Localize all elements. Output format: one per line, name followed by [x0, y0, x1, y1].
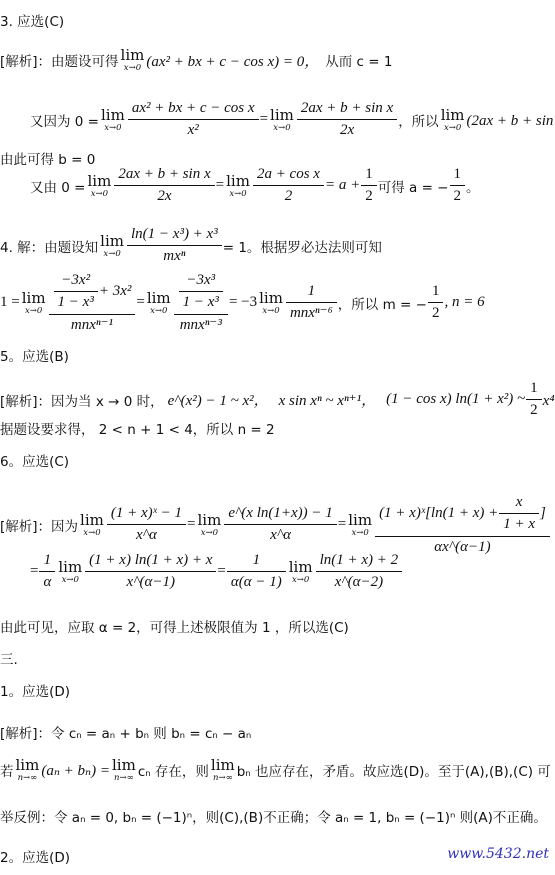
lim-word: lim	[289, 560, 313, 575]
limit-n-inf: limn→∞	[16, 758, 40, 783]
denominator: α(α − 1)	[227, 571, 286, 591]
limit-x0: limx→0	[22, 291, 46, 316]
s3-q1-heading-text: 1。应选(D)	[0, 680, 70, 700]
inner-fraction: −3x²1 − x³	[56, 272, 96, 312]
denominator: 1 + x	[499, 513, 539, 533]
lim-sub: x→0	[91, 190, 108, 199]
text: (aₙ + bₙ) =	[41, 761, 110, 780]
q4-suffix: = 1。根据罗必达法则可知	[223, 236, 382, 256]
q4-result-suffix: , n = 6	[444, 294, 484, 311]
q3-analysis-line2: 又因为 0 = limx→0 ax² + bx + c − cos xx² = …	[30, 100, 555, 140]
q5-l1-prefix: [解析]：因为当 x → 0 时，	[0, 390, 164, 410]
q6-l1-prefix: [解析]：因为	[0, 515, 78, 535]
numerator: 2a + cos x	[255, 166, 322, 185]
q3-l2-expr: (2ax + b + sin x) = 0，	[467, 109, 555, 130]
lim-sub: n→∞	[18, 774, 38, 783]
s3-q2-heading: 2。应选(D)	[0, 846, 70, 866]
s3-q1-line2: 若 limn→∞ (aₙ + bₙ) = limn→∞ cₙ 存在，则 limn…	[0, 758, 551, 783]
limit-x0: limx→0	[270, 108, 294, 133]
text: bₙ 也应存在，矛盾。故应选(D)。至于(A),(B),(C) 可	[237, 760, 551, 780]
denominator: 1 − x³	[179, 291, 223, 311]
numerator: x	[514, 494, 525, 513]
lim-sub: n→∞	[213, 774, 233, 783]
q3-l3-text: 由此可得 b = 0	[0, 148, 95, 168]
limit-x0: limx→0	[289, 560, 313, 585]
lim-sub: x→0	[25, 307, 42, 316]
numerator: ln(1 + x) + 2	[318, 552, 401, 571]
numerator: (1 + x) ln(1 + x) + x	[87, 552, 214, 571]
fraction: 1α	[41, 552, 53, 592]
lim-sub: x→0	[104, 124, 121, 133]
section3-heading: 三.	[0, 648, 18, 668]
q4-result-prefix: ，所以 m = −	[338, 293, 427, 313]
q3-heading: 3. 应选(C)	[0, 10, 64, 30]
fraction: ax² + bx + c − cos xx²	[130, 100, 257, 140]
q5-e4: x⁴。根	[543, 389, 555, 410]
limit-x0: limx→0	[348, 513, 372, 538]
lim-word: lim	[87, 174, 111, 189]
q5-e3: (1 − cos x) ln(1 + x²) ~	[386, 391, 525, 408]
denominator: 1 − x³	[54, 291, 98, 311]
denominator: 2x	[297, 119, 397, 139]
denominator: mnxⁿ⁻³	[174, 314, 228, 334]
q5-heading-text: 5。应选(B)	[0, 345, 69, 365]
denominator: x^α	[107, 524, 186, 544]
fraction: 2ax + b + sin x2x	[116, 166, 212, 206]
denominator: mnxⁿ⁻⁶	[286, 302, 337, 322]
compound-fraction: −3x³1 − x³ mnxⁿ⁻³	[176, 272, 226, 334]
denominator: mnxⁿ⁻¹	[49, 314, 136, 334]
lim-word: lim	[147, 291, 171, 306]
q3-analysis-line3: 由此可得 b = 0	[0, 148, 95, 168]
lim-word: lim	[16, 758, 40, 773]
lim-word: lim	[80, 513, 104, 528]
q4-eq3: = −3	[229, 294, 257, 311]
compound-fraction: (1 + x)ˣ[ln(1 + x) + x1 + x ] αx^(α−1)	[377, 494, 548, 556]
lim-sub: x→0	[124, 64, 141, 73]
numerator: (1 + x)ˣ[ln(1 + x) + x1 + x ]	[377, 494, 548, 536]
s3-q1-line3: 举反例：令 aₙ = 0, bₙ = (−1)ⁿ，则(C),(B)不正确；令 a…	[0, 806, 547, 826]
lim-word: lim	[259, 291, 283, 306]
numerator: ax² + bx + c − cos x	[130, 100, 257, 119]
compound-fraction: −3x²1 − x³ + 3x² mnxⁿ⁻¹	[51, 272, 134, 334]
lim-word: lim	[197, 513, 221, 528]
q6-heading: 6。应选(C)	[0, 450, 69, 470]
inner-fraction: x1 + x	[501, 494, 537, 534]
q3-l4-mid: 可得 a = −	[378, 176, 449, 196]
limit-x0: limx→0	[100, 234, 124, 259]
lim-word: lim	[226, 174, 250, 189]
lim-sub: x→0	[83, 529, 100, 538]
lim-word: lim	[58, 560, 82, 575]
lim-word: lim	[22, 291, 46, 306]
limit-x0: limx→0	[259, 291, 283, 316]
lim-word: lim	[211, 758, 235, 773]
lim-sub: x→0	[262, 307, 279, 316]
lim-word: lim	[101, 108, 125, 123]
limit-x0: limx→0	[441, 108, 465, 133]
denominator: 2	[361, 185, 377, 205]
lim-sub: x→0	[150, 307, 167, 316]
q6-line1: [解析]：因为 limx→0 (1 + x)ˣ − 1x^α = limx→0 …	[0, 494, 551, 556]
numerator: e^(x ln(1+x)) − 1	[226, 505, 334, 524]
section3-heading-text: 三.	[0, 648, 18, 668]
lim-sub: x→0	[444, 124, 461, 133]
addend: + 3x²	[99, 283, 132, 300]
denominator: α	[39, 571, 55, 591]
s3-q1-l1-text: [解析]：令 cₙ = aₙ + bₙ 则 bₙ = cₙ − aₙ	[0, 722, 251, 742]
q3-l4-eq: = a +	[325, 177, 360, 194]
equals: =	[30, 563, 38, 580]
text: 若	[0, 760, 14, 780]
q5-line2: 据题设要求得， 2 < n + 1 < 4，所以 n = 2	[0, 418, 275, 438]
q6-heading-text: 6。应选(C)	[0, 450, 69, 470]
denominator: x^(α−1)	[85, 571, 216, 591]
lim-sub: n→∞	[114, 774, 134, 783]
q3-l4-prefix: 又由 0 =	[30, 176, 85, 196]
lim-sub: x→0	[103, 250, 120, 259]
numerator: 1	[528, 380, 540, 399]
lim-sub: x→0	[201, 529, 218, 538]
q5-e2: x sin xⁿ ~ xⁿ⁺¹，	[279, 389, 376, 410]
denominator: 2	[428, 302, 444, 322]
numerator: (1 + x)ˣ − 1	[109, 505, 184, 524]
limit-x0: limx→0	[58, 560, 82, 585]
denominator: 2x	[114, 185, 214, 205]
fraction: 2a + cos x2	[255, 166, 322, 206]
q3-heading-text: 3. 应选(C)	[0, 10, 64, 30]
q4-prefix: 4. 解：由题设知	[0, 236, 98, 256]
q5-heading: 5。应选(B)	[0, 345, 69, 365]
numerator: −3x²	[59, 272, 92, 291]
numerator-part-b: ]	[540, 505, 546, 522]
numerator: −3x³1 − x³	[176, 272, 226, 314]
lim-word: lim	[348, 513, 372, 528]
s3-q1-line1: [解析]：令 cₙ = aₙ + bₙ 则 bₙ = cₙ − aₙ	[0, 722, 251, 742]
fraction-half: 12	[452, 166, 464, 206]
fraction: e^(x ln(1+x)) − 1x^α	[226, 505, 334, 545]
limit-n-inf: limn→∞	[211, 758, 235, 783]
denominator: x²	[128, 119, 259, 139]
numerator: 1	[42, 552, 54, 571]
fraction: ln(1 + x) + 2x^(α−2)	[318, 552, 401, 592]
lim-sub: x→0	[62, 576, 79, 585]
numerator: 2ax + b + sin x	[299, 100, 395, 119]
q3-analysis-line4: 又由 0 = limx→0 2ax + b + sin x2x = limx→0…	[30, 166, 480, 206]
lim-sub: x→0	[292, 576, 309, 585]
q6-conclusion-text: 由此可见，应取 α = 2，可得上述极限值为 1 ，所以选(C)	[0, 616, 349, 636]
limit-x0: limx→0	[121, 48, 145, 73]
numerator: 1	[306, 283, 318, 302]
lim-sub: x→0	[229, 190, 246, 199]
fraction: ln(1 − x³) + x³mxⁿ	[129, 226, 220, 266]
lim-word: lim	[112, 758, 136, 773]
numerator: 1	[430, 283, 442, 302]
q5-l2-text: 据题设要求得， 2 < n + 1 < 4，所以 n = 2	[0, 418, 275, 438]
s3-q2-heading-text: 2。应选(D)	[0, 846, 70, 866]
fraction-half: 12	[528, 380, 540, 420]
period: 。	[466, 176, 480, 196]
q5-line1: [解析]：因为当 x → 0 时， e^(x²) − 1 ~ x²， x sin…	[0, 380, 555, 420]
fraction-half: 12	[430, 283, 442, 323]
numerator: −3x²1 − x³ + 3x²	[51, 272, 134, 314]
q5-e1: e^(x²) − 1 ~ x²，	[168, 389, 269, 410]
q4-line2: 1 = limx→0 −3x²1 − x³ + 3x² mnxⁿ⁻¹ = lim…	[0, 272, 485, 334]
inner-fraction: −3x³1 − x³	[181, 272, 221, 312]
numerator: 1	[363, 166, 375, 185]
q3-l1-expr: (ax² + bx + c − cos x) = 0，	[146, 50, 319, 71]
limit-x0: limx→0	[147, 291, 171, 316]
numerator-part-a: (1 + x)ˣ[ln(1 + x) +	[379, 505, 498, 522]
limit-x0: limx→0	[226, 174, 250, 199]
numerator: 1	[452, 166, 464, 185]
fraction: (1 + x) ln(1 + x) + xx^(α−1)	[87, 552, 214, 592]
fraction-half: 12	[363, 166, 375, 206]
lim-word: lim	[100, 234, 124, 249]
limit-x0: limx→0	[197, 513, 221, 538]
limit-x0: limx→0	[101, 108, 125, 133]
fraction: 1α(α − 1)	[229, 552, 284, 592]
numerator: 1	[251, 552, 263, 571]
limit-n-inf: limn→∞	[112, 758, 136, 783]
limit-x0: limx→0	[80, 513, 104, 538]
q3-l2-mid: ，所以	[398, 110, 439, 130]
lim-sub: x→0	[273, 124, 290, 133]
denominator: mxⁿ	[127, 245, 222, 265]
fraction: 2ax + b + sin x2x	[299, 100, 395, 140]
denominator: x^(α−2)	[316, 571, 403, 591]
numerator: −3x³	[184, 272, 217, 291]
q6-conclusion: 由此可见，应取 α = 2，可得上述极限值为 1 ，所以选(C)	[0, 616, 349, 636]
lim-word: lim	[441, 108, 465, 123]
s3-q1-heading: 1。应选(D)	[0, 680, 70, 700]
denominator: 2	[450, 185, 466, 205]
numerator: 2ax + b + sin x	[116, 166, 212, 185]
q3-l1-prefix: [解析]：由题设可得	[0, 50, 119, 70]
q4-eq-lead: 1 =	[0, 294, 20, 311]
q6-line2: = 1α limx→0 (1 + x) ln(1 + x) + xx^(α−1)…	[30, 552, 403, 592]
fraction: 1mnxⁿ⁻⁶	[288, 283, 335, 323]
fraction: (1 + x)ˣ − 1x^α	[109, 505, 184, 545]
lim-word: lim	[121, 48, 145, 63]
s3-q1-l3-text: 举反例：令 aₙ = 0, bₙ = (−1)ⁿ，则(C),(B)不正确；令 a…	[0, 806, 547, 826]
lim-word: lim	[270, 108, 294, 123]
q3-l2-prefix: 又因为 0 =	[30, 110, 99, 130]
denominator: x^α	[224, 524, 336, 544]
watermark: www.5432.net	[447, 846, 549, 862]
text: cₙ 存在，则	[138, 760, 209, 780]
lim-sub: x→0	[351, 529, 368, 538]
numerator: ln(1 − x³) + x³	[129, 226, 220, 245]
q4-line1: 4. 解：由题设知 limx→0 ln(1 − x³) + x³mxⁿ = 1。…	[0, 226, 382, 266]
limit-x0: limx→0	[87, 174, 111, 199]
q3-l1-suffix: 从而 c = 1	[325, 50, 392, 70]
denominator: 2	[253, 185, 324, 205]
q3-analysis-line1: [解析]：由题设可得 limx→0 (ax² + bx + c − cos x)…	[0, 48, 392, 73]
denominator: 2	[526, 399, 542, 419]
